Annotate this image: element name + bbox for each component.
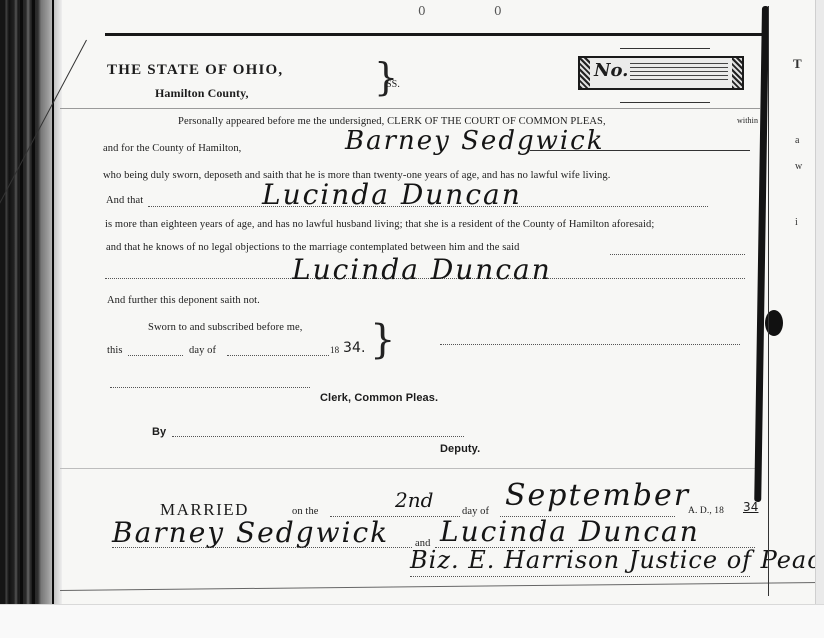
scan-edge-right	[815, 0, 824, 638]
bride-name-handwritten: Lucinda Duncan	[262, 178, 522, 211]
brace: }	[370, 320, 395, 360]
dotted-field	[410, 576, 750, 577]
scan-edge-bottom	[0, 604, 824, 638]
margin-fragment: T	[793, 56, 802, 72]
body-line-2: and for the County of Hamilton,	[103, 143, 241, 154]
sworn-line: Sworn to and subscribed before me,	[148, 322, 302, 333]
dotted-field	[112, 547, 412, 548]
day-field[interactable]	[128, 355, 183, 356]
dotted-field	[110, 387, 310, 388]
body-line-5: is more than eighteen years of age, and …	[105, 219, 654, 230]
ss-label: SS.	[386, 79, 400, 90]
number-box: No.	[578, 56, 744, 90]
state-title: THE STATE OF OHIO,	[107, 62, 283, 79]
body-line-1-suffix: within	[737, 116, 758, 125]
number-label: No.	[594, 60, 628, 81]
top-mark: 0	[494, 4, 502, 18]
this-label: this	[107, 345, 123, 356]
knot-ornament	[732, 58, 742, 88]
bride-name-2-handwritten: Lucinda Duncan	[292, 253, 552, 286]
ink-vertical-bar	[754, 6, 769, 502]
bride-handwritten: Lucinda Duncan	[440, 515, 700, 548]
year-handwritten: 34.	[343, 340, 366, 356]
groom-handwritten: Barney Sedgwick	[112, 516, 389, 549]
number-field	[630, 63, 728, 83]
body-line-7: And further this deponent saith not.	[107, 295, 260, 306]
month-field[interactable]	[227, 355, 329, 356]
faint-rule	[60, 468, 760, 469]
body-line-4: And that	[106, 195, 143, 206]
header-rule	[105, 33, 765, 36]
day-of-label: day of	[189, 345, 216, 356]
clerk-signature-field[interactable]	[440, 344, 740, 345]
binding-line	[20, 0, 23, 604]
faint-rule	[60, 108, 760, 109]
year-prefix: 18	[330, 345, 339, 355]
clerk-label: Clerk, Common Pleas.	[320, 392, 438, 404]
binding-line	[32, 0, 35, 604]
married-year-handwritten: 34	[743, 500, 758, 514]
margin-fragment: a	[795, 135, 799, 146]
married-month-handwritten: September	[505, 478, 690, 513]
top-mark: 0	[418, 4, 426, 18]
binding-line	[52, 0, 54, 604]
deputy-label: Deputy.	[440, 443, 480, 455]
deputy-signature-field[interactable]	[172, 436, 464, 437]
by-label: By	[152, 426, 166, 438]
groom-name-handwritten: Barney Sedgwick	[345, 126, 605, 156]
brace: }	[374, 58, 398, 96]
married-day-handwritten: 2nd	[395, 488, 433, 512]
body-line-6: and that he knows of no legal objections…	[106, 242, 520, 253]
margin-fragment: w	[795, 161, 802, 172]
bottom-rule	[60, 582, 820, 591]
margin-fragment: i	[795, 217, 798, 228]
knot-ornament	[580, 58, 590, 88]
signature-underline	[530, 150, 750, 151]
vertical-rule	[768, 6, 769, 596]
dotted-field	[610, 254, 745, 255]
county-title: Hamilton County,	[155, 86, 249, 101]
officiant-handwritten: Biz. E. Harrison Justice of Peace	[410, 546, 824, 574]
document-page: 0 0 THE STATE OF OHIO, Hamilton County, …	[0, 0, 824, 638]
no-ornament	[620, 94, 710, 103]
